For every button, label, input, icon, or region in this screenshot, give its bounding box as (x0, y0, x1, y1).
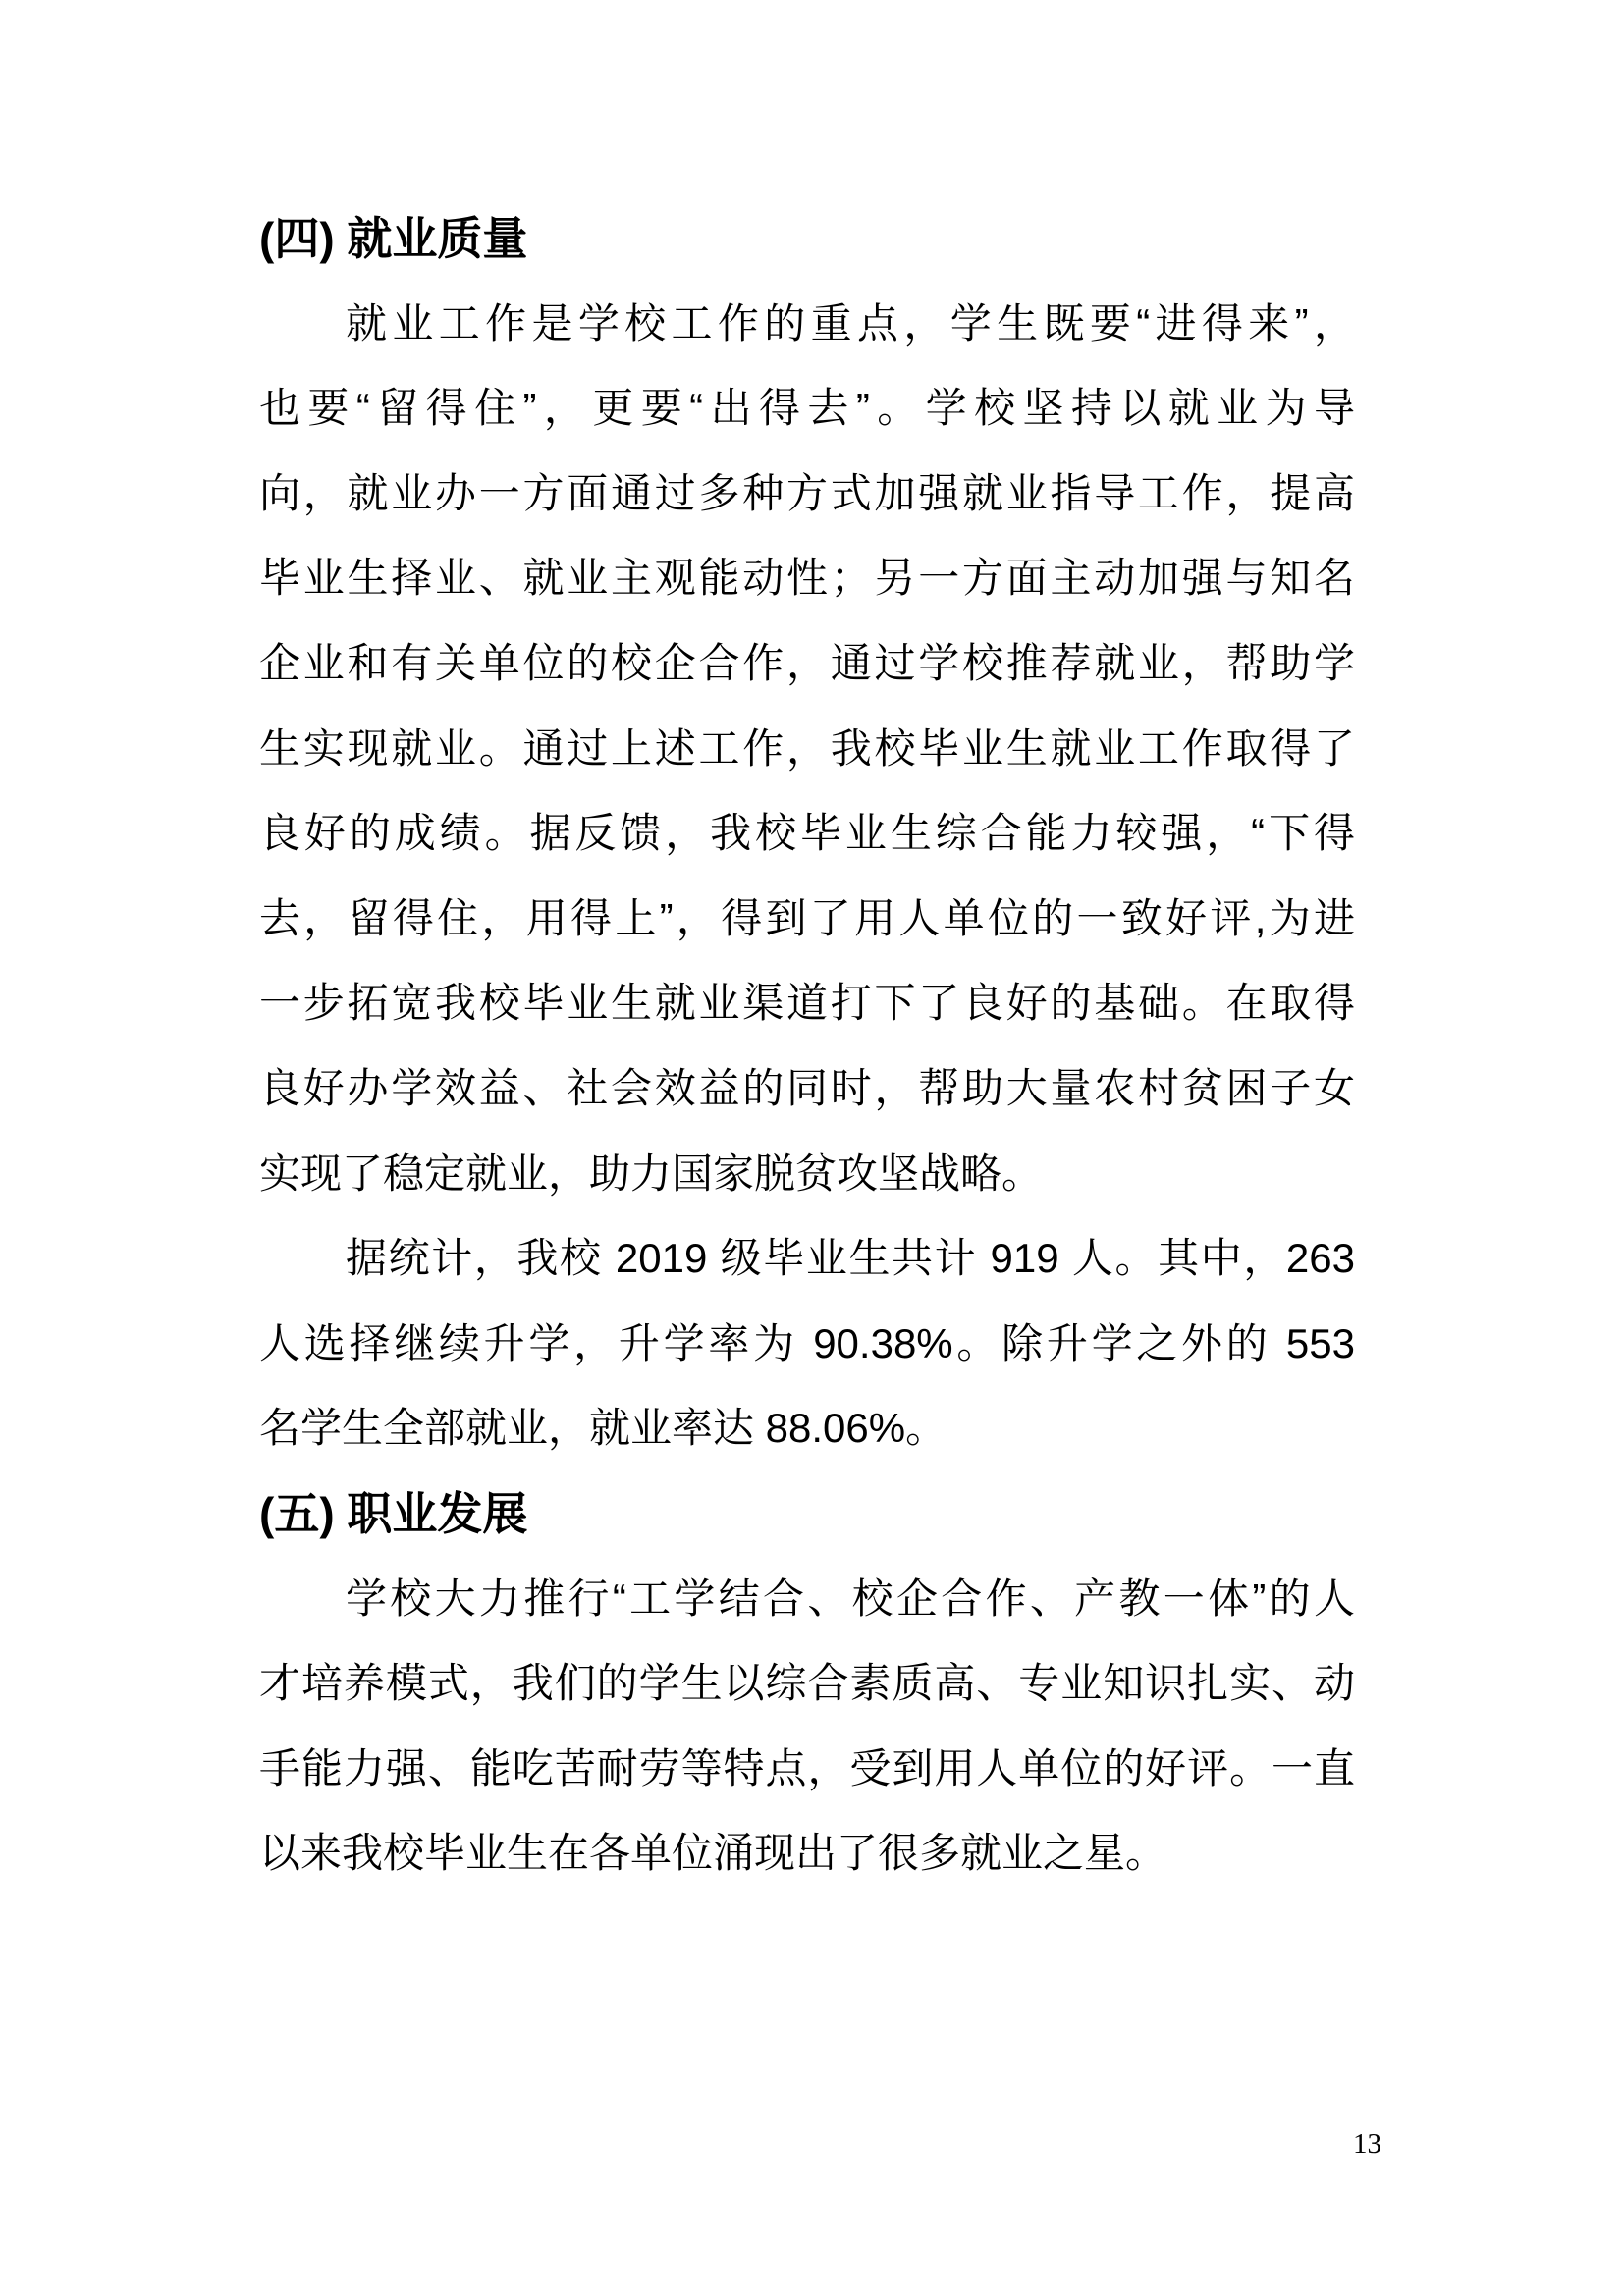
paragraph-line: 人选择继续升学，升学率为 90.38%。除升学之外的 553 (259, 1302, 1355, 1387)
paragraph-line: 良好的成绩。据反馈，我校毕业生综合能力较强，“下得 (259, 791, 1355, 877)
paragraph-line: 据统计，我校 2019 级毕业生共计 919 人。其中，263 (259, 1216, 1355, 1302)
paragraph-line: 生实现就业。通过上述工作，我校毕业生就业工作取得了 (259, 707, 1355, 792)
paragraph-line: 才培养模式，我们的学生以综合素质高、专业知识扎实、动 (259, 1641, 1355, 1727)
paragraph-line: 企业和有关单位的校企合作，通过学校推荐就业，帮助学 (259, 621, 1355, 707)
paragraph-line: 也要“留得住”，更要“出得去”。学校坚持以就业为导 (259, 366, 1355, 452)
paragraph-line: 良好办学效益、社会效益的同时，帮助大量农村贫困子女 (259, 1046, 1355, 1132)
paragraph-line: 手能力强、能吃苦耐劳等特点，受到用人单位的好评。一直 (259, 1727, 1355, 1812)
paragraph-line: 学校大力推行“工学结合、校企合作、产教一体”的人 (259, 1557, 1355, 1642)
paragraph-line: 以来我校毕业生在各单位涌现出了很多就业之星。 (259, 1811, 1355, 1896)
paragraph-line: 去，留得住，用得上”，得到了用人单位的一致好评,为进 (259, 877, 1355, 962)
paragraph-line: 实现了稳定就业，助力国家脱贫攻坚战略。 (259, 1132, 1355, 1217)
paragraph-line: 一步拓宽我校毕业生就业渠道打下了良好的基础。在取得 (259, 961, 1355, 1046)
paragraph-line: 名学生全部就业，就业率达 88.06%。 (259, 1386, 1355, 1471)
section-heading-employment-quality: (四) 就业质量 (259, 196, 1355, 282)
document-page: (四) 就业质量 就业工作是学校工作的重点，学生既要“进得来”， 也要“留得住”… (0, 0, 1624, 2296)
document-body: (四) 就业质量 就业工作是学校工作的重点，学生既要“进得来”， 也要“留得住”… (259, 196, 1355, 1896)
paragraph-line: 向，就业办一方面通过多种方式加强就业指导工作，提高 (259, 452, 1355, 537)
paragraph-line: 就业工作是学校工作的重点，学生既要“进得来”， (259, 282, 1355, 367)
paragraph-line: 毕业生择业、就业主观能动性；另一方面主动加强与知名 (259, 536, 1355, 621)
page-number: 13 (1353, 2130, 1381, 2159)
section-heading-career-development: (五) 职业发展 (259, 1471, 1355, 1557)
